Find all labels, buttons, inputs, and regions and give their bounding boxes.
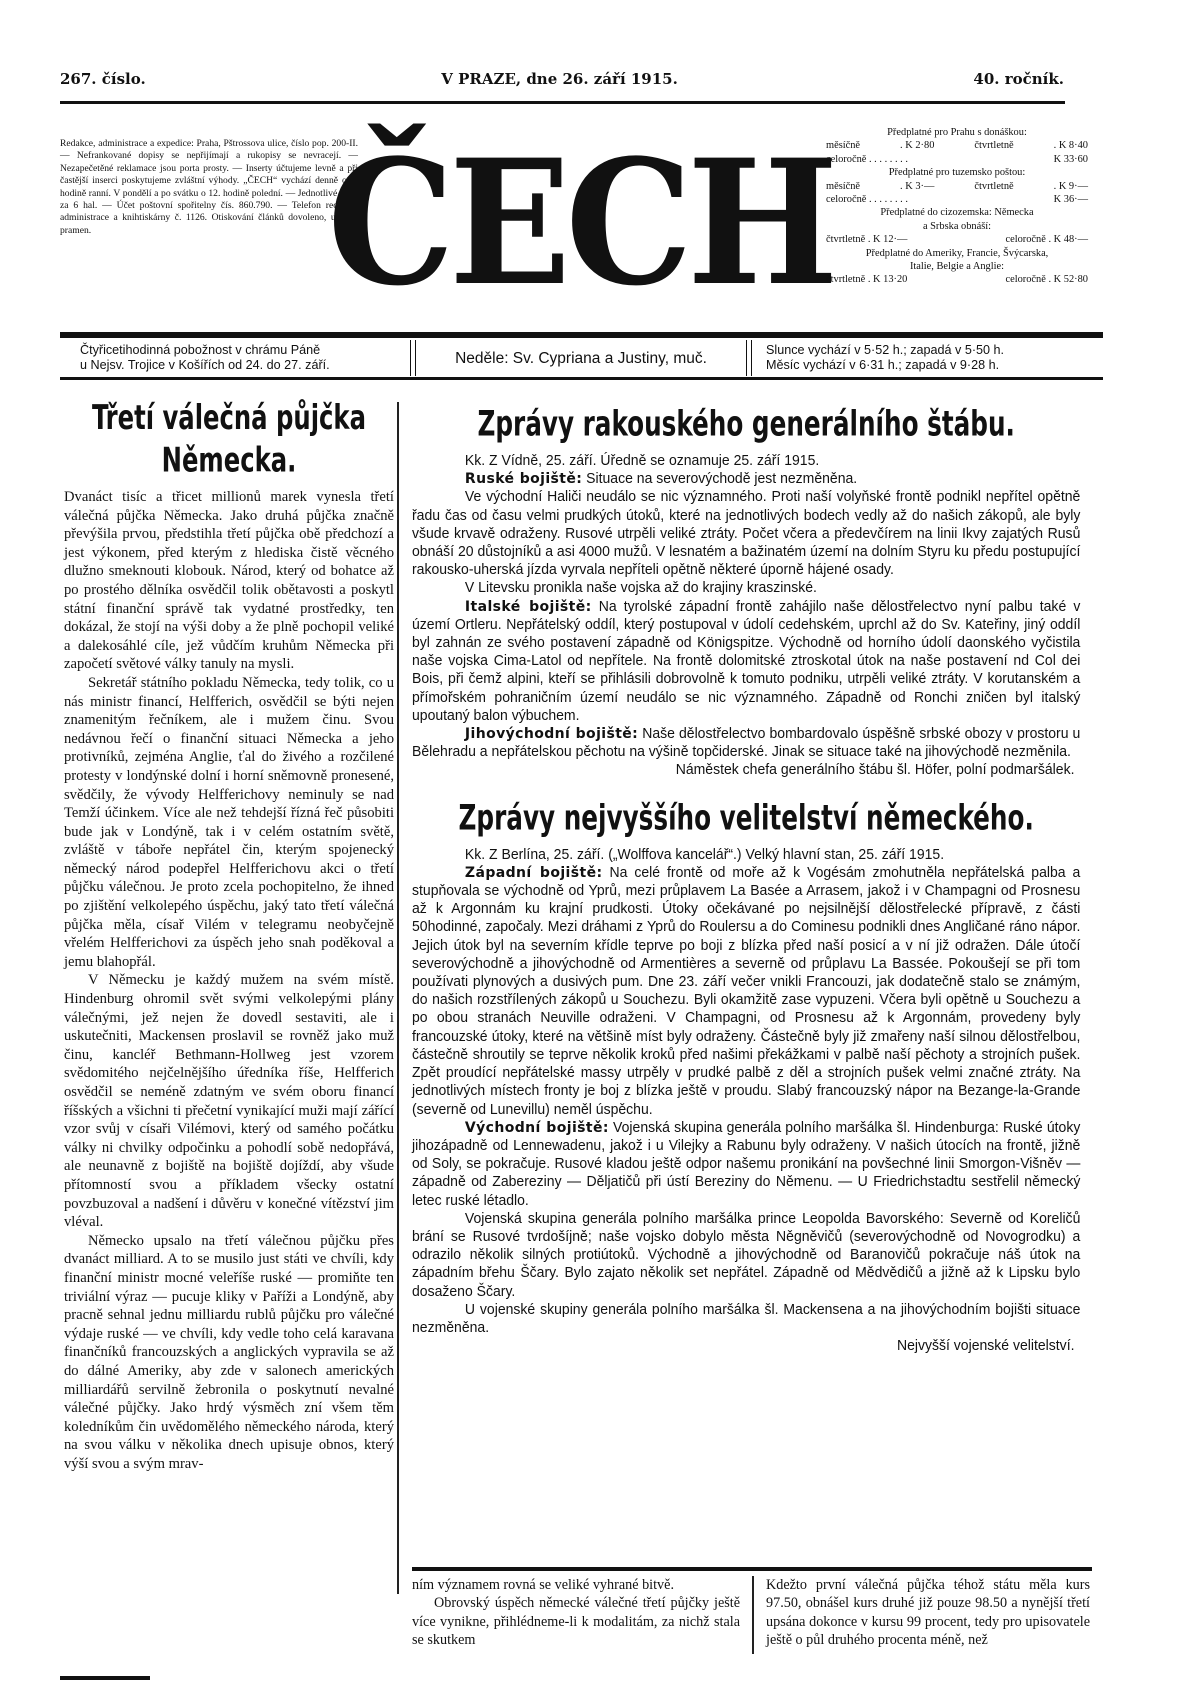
italian-front: Italské bojiště: Na tyrolské západní fro… — [412, 598, 1080, 725]
price: . K 3·— — [900, 180, 934, 193]
paragraph: Obrovský úspěch německé válečné třetí pů… — [412, 1594, 740, 1649]
continuation-right: Kdežto první válečná půjčka téhož státu … — [766, 1576, 1090, 1650]
austrian-dateline: Kk. Z Vídně, 25. září. Úředně se oznamuj… — [412, 452, 1080, 470]
masthead-title: ČECH — [348, 128, 813, 318]
continuation-left: ním významem rovná se veliké vyhrané bit… — [412, 1576, 740, 1650]
subs-prague-row: měsíčně . K 2·80 čtvrtletně . K 8·40 — [826, 139, 1088, 152]
subs-abroad-row: čtvrtletně . K 12·— celoročně . K 48·— — [826, 233, 1088, 246]
sun-times: Slunce vychází v 5·52 h.; zapadá v 5·50 … — [766, 343, 1086, 358]
western-front: Západní bojiště: Na celé frontě od moře … — [412, 864, 1080, 1119]
paragraph: V Německu je každý mužem na svém místě. … — [64, 971, 394, 1231]
subs-abroad-title: Předplatné do cizozemska: Německa — [826, 206, 1088, 219]
price: . K 9·— — [1054, 180, 1088, 193]
paragraph: V Litevsku pronikla naše vojska až do kr… — [412, 579, 1080, 597]
issue-number: 267. číslo. — [60, 70, 146, 88]
infobar-bottom-rule — [60, 377, 1103, 380]
southeast-front: Jihovýchodní bojiště: Naše dělostřelectv… — [412, 725, 1080, 761]
dateline: V PRAZE, dne 26. září 1915. — [441, 70, 678, 88]
label: celoročně . . . . . . . . — [826, 153, 908, 166]
label: celoročně . . . . . . . . — [826, 193, 908, 206]
subs-domestic-yearly-row: celoročně . . . . . . . . K 36·— — [826, 193, 1088, 206]
devotion-notice: Čtyřicetihodinná pobožnost v chrámu Páně… — [68, 340, 410, 376]
header-rule — [60, 101, 1065, 104]
subs-america-title: Předplatné do Ameriky, Francie, Švýcarsk… — [826, 247, 1088, 260]
price: K 33·60 — [1054, 153, 1088, 166]
section-label: Východní bojiště: — [465, 1120, 609, 1136]
infobar: Čtyřicetihodinná pobožnost v chrámu Páně… — [68, 340, 1088, 376]
day-saints: Neděle: Sv. Cypriana a Justiny, muč. — [416, 340, 746, 376]
section-text: Situace na severovýchodě jest nezměněna. — [586, 471, 857, 487]
infobar-top-rule — [60, 332, 1103, 338]
article-war-loan: Třetí válečná půjčka Německa. Dvanáct ti… — [64, 400, 394, 1473]
moon-times: Měsíc vychází v 6·31 h.; zapadá v 9·28 h… — [766, 358, 1086, 373]
paragraph: U vojenské skupiny generála polního marš… — [412, 1301, 1080, 1337]
label: čtvrtletně — [974, 139, 1013, 152]
russian-front-summary: Ruské bojiště: Situace na severovýchodě … — [412, 470, 1080, 488]
subs-domestic-row: měsíčně . K 3·— čtvrtletně . K 9·— — [826, 180, 1088, 193]
paragraph: ním významem rovná se veliké vyhrané bit… — [412, 1576, 740, 1594]
german-signature: Nejvyšší vojenské velitelství. — [412, 1337, 1080, 1355]
subs-america-row: čtvrtletně . K 13·20 celoročně . K 52·80 — [826, 273, 1088, 286]
price: . K 8·40 — [1054, 139, 1088, 152]
section-label: Ruské bojiště: — [465, 471, 582, 487]
austrian-report-headline: Zprávy rakouského generálního štábu. — [412, 402, 1080, 447]
day-text: Neděle: Sv. Cypriana a Justiny, muč. — [455, 351, 707, 366]
subs-prague-title: Předplatné pro Prahu s donáškou: — [826, 126, 1088, 139]
paragraph: Vojenská skupina generála polního maršál… — [412, 1210, 1080, 1301]
section-label: Jihovýchodní bojiště: — [465, 726, 638, 742]
imprint-text: Redakce, administrace a expedice: Praha,… — [60, 138, 358, 237]
subs-america-title2: Italie, Belgie a Anglie: — [826, 260, 1088, 273]
paragraph: Dvanáct tisíc a třicet millionů marek vy… — [64, 488, 394, 674]
section-label: Západní bojiště: — [465, 865, 603, 881]
paragraph: Sekretář státního pokladu Německa, tedy … — [64, 674, 394, 972]
german-dateline: Kk. Z Berlína, 25. září. („Wolffova kanc… — [412, 846, 1080, 864]
label: měsíčně — [826, 139, 860, 152]
section-label: Italské bojiště: — [465, 599, 592, 615]
section-rule — [412, 1567, 1092, 1571]
article-headline: Třetí válečná půjčka Německa. — [64, 398, 394, 483]
column-divider — [752, 1576, 754, 1654]
austrian-signature: Náměstek chefa generálního štábu šl. Höf… — [412, 761, 1080, 779]
end-rule — [60, 1676, 150, 1680]
issue-header-line: 267. číslo. V PRAZE, dne 26. září 1915. … — [60, 70, 1064, 88]
price: K 36·— — [1054, 193, 1088, 206]
price: čtvrtletně . K 13·20 — [826, 273, 907, 286]
sun-moon-times: Slunce vychází v 5·52 h.; zapadá v 5·50 … — [752, 340, 1086, 376]
war-reports-column: Zprávy rakouského generálního štábu. Kk.… — [412, 404, 1080, 1355]
imprint-block: Redakce, administrace a expedice: Praha,… — [60, 138, 358, 237]
subs-abroad-title2: a Srbska obnáší: — [826, 220, 1088, 233]
price: celoročně . K 48·— — [1005, 233, 1088, 246]
paragraph: Ve východní Haliči neudálo se nic význam… — [412, 488, 1080, 579]
eastern-front: Východní bojiště: Vojenská skupina gener… — [412, 1119, 1080, 1210]
paragraph: Kdežto první válečná půjčka téhož státu … — [766, 1576, 1090, 1650]
column-divider — [397, 402, 399, 1594]
label: čtvrtletně — [974, 180, 1013, 193]
subscription-block: Předplatné pro Prahu s donáškou: měsíčně… — [826, 126, 1088, 287]
german-report-headline: Zprávy nejvyššího velitelství německého. — [412, 795, 1080, 840]
section-text: Na celé frontě od moře až k Vogésám zmoh… — [412, 865, 1080, 1118]
price: čtvrtletně . K 12·— — [826, 233, 907, 246]
devotion-line: u Nejsv. Trojice v Košířích od 24. do 27… — [80, 358, 410, 373]
paragraph: Německo upsalo na třetí válečnou půjčku … — [64, 1232, 394, 1474]
price: celoročně . K 52·80 — [1005, 273, 1088, 286]
subs-prague-yearly-row: celoročně . . . . . . . . K 33·60 — [826, 153, 1088, 166]
label: měsíčně — [826, 180, 860, 193]
section-text: Na tyrolské západní frontě zahájilo naše… — [412, 599, 1080, 724]
price: . K 2·80 — [900, 139, 934, 152]
volume-number: 40. ročník. — [973, 70, 1064, 88]
subs-domestic-title: Předplatné pro tuzemsko poštou: — [826, 166, 1088, 179]
devotion-line: Čtyřicetihodinná pobožnost v chrámu Páně — [80, 343, 410, 358]
